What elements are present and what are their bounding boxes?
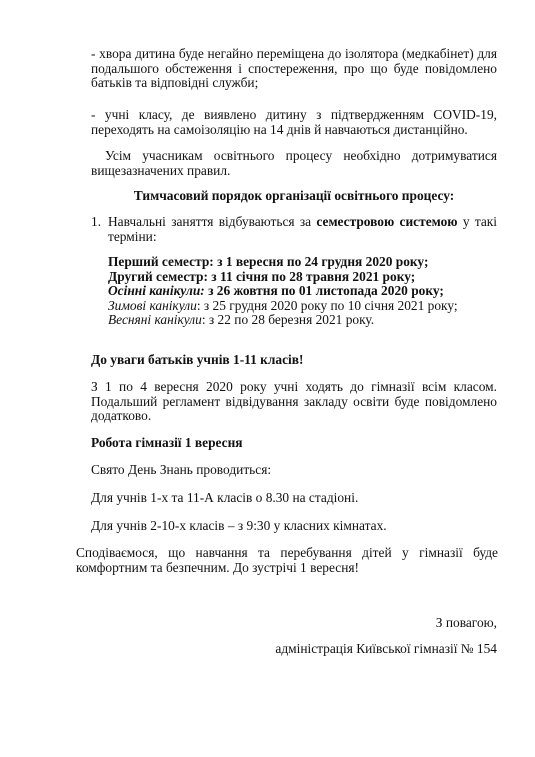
closing-text: Сподіваємося, що навчання та перебування… [76,546,498,575]
winter-label: Зимові канікули [108,298,197,313]
parents-text: З 1 по 4 вересня 2020 року учні ходять д… [91,380,497,424]
list-item-1: 1. Навчальні заняття відбуваються за сем… [91,215,497,244]
autumn-label: Осінні канікули: [108,283,205,298]
first-semester: Перший семестр: з 1 вересня по 24 грудня… [108,255,508,270]
winter-dates: : з 25 грудня 2020 року по 10 січня 2021… [197,298,458,313]
rule-self-isolation: - учні класу, де виявлено дитину з підтв… [91,108,497,137]
list-text-before: Навчальні заняття відбуваються за [108,214,316,229]
holiday-line-2: Для учнів 2-10-х класів – з 9:30 у класн… [91,519,497,534]
second-semester: Другий семестр: з 11 січня по 28 травня … [108,270,508,285]
spring-label: Весняні канікули [108,312,202,327]
list-number: 1. [91,215,101,230]
list-item-text: Навчальні заняття відбуваються за семест… [108,215,497,244]
list-text-bold: семестровою системою [316,214,457,229]
autumn-dates: з 26 жовтня по 01 листопада 2020 року; [205,283,444,298]
document-page: - хвора дитина буде негайно переміщена д… [0,0,535,757]
parents-heading: До уваги батьків учнів 1-11 класів! [91,353,497,368]
autumn-break: Осінні канікули: з 26 жовтня по 01 листо… [108,284,508,299]
holiday-line-1: Для учнів 1-х та 11-А класів о 8.30 на с… [91,491,497,506]
academic-terms: Перший семестр: з 1 вересня по 24 грудня… [108,255,508,328]
winter-break: Зимові канікули: з 25 грудня 2020 року п… [108,299,508,314]
compliance-note: Усім учасникам освітнього процесу необхі… [91,149,497,178]
holiday-intro: Свято День Знань проводиться: [91,463,497,478]
sept1-heading: Робота гімназії 1 вересня [91,436,497,451]
regards: З повагою, [436,616,497,631]
rule-isolation: - хвора дитина буде негайно переміщена д… [91,47,497,91]
spring-break: Весняні канікули: з 22 по 28 березня 202… [108,313,508,328]
temp-order-heading: Тимчасовий порядок організації освітньог… [91,189,497,204]
spring-dates: : з 22 по 28 березня 2021 року. [202,312,374,327]
signature: адміністрація Київської гімназії № 154 [275,642,497,657]
